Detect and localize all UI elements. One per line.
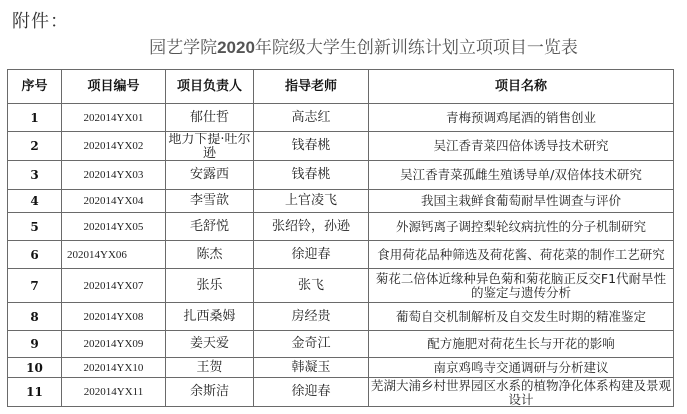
cell-code: 202014YX06: [62, 241, 166, 269]
cell-index: 3: [8, 161, 62, 190]
cell-index: 7: [8, 269, 62, 303]
cell-code: 202014YX01: [62, 104, 166, 132]
cell-advisor: 张飞: [254, 269, 369, 303]
page-title: 园艺学院2020年院级大学生创新训练计划立项项目一览表: [0, 33, 687, 58]
cell-index: 9: [8, 331, 62, 358]
cell-code: 202014YX10: [62, 358, 166, 378]
cell-leader: 王贺: [166, 358, 254, 378]
cell-name: 外源钙离子调控梨轮纹病抗性的分子机制研究: [369, 213, 674, 241]
cell-advisor: 徐迎春: [254, 378, 369, 407]
name-text: 芜湖大浦乡村世界园区水系的植物净化体系构建及景观设计: [371, 379, 671, 406]
cell-leader: 地力下提·吐尔逊: [166, 132, 254, 161]
table-row: 6 202014YX06 陈杰 徐迎春 食用荷花品种筛选及荷花酱、荷花菜的制作工…: [8, 241, 674, 269]
header-advisor: 指导老师: [254, 70, 369, 104]
attachment-label: 附件：: [12, 7, 69, 33]
cell-advisor: 金奇江: [254, 331, 369, 358]
cell-advisor: 韩凝玉: [254, 358, 369, 378]
table-row: 9 202014YX09 姜天爱 金奇江 配方施肥对荷花生长与开花的影响: [8, 331, 674, 358]
cell-leader: 安露西: [166, 161, 254, 190]
cell-leader: 余斯洁: [166, 378, 254, 407]
cell-index: 1: [8, 104, 62, 132]
cell-code: 202014YX03: [62, 161, 166, 190]
cell-index: 4: [8, 190, 62, 213]
table-row: 1 202014YX01 郁仕哲 高志红 青梅预调鸡尾酒的销售创业: [8, 104, 674, 132]
header-code: 项目编号: [62, 70, 166, 104]
cell-leader: 李雪歆: [166, 190, 254, 213]
cell-name: 食用荷花品种筛选及荷花酱、荷花菜的制作工艺研究: [369, 241, 674, 269]
cell-code: 202014YX07: [62, 269, 166, 303]
cell-name: 吴江香青菜孤雌生殖诱导单/双倍体技术研究: [369, 161, 674, 190]
table-row: 8 202014YX08 扎西桑姆 房经贵 葡萄自交机制解析及自交发生时期的精准…: [8, 303, 674, 331]
cell-name: 葡萄自交机制解析及自交发生时期的精准鉴定: [369, 303, 674, 331]
cell-leader: 毛舒悦: [166, 213, 254, 241]
table-row: 4 202014YX04 李雪歆 上官凌飞 我国主栽鲜食葡萄耐旱性调查与评价: [8, 190, 674, 213]
table-row: 3 202014YX03 安露西 钱春桃 吴江香青菜孤雌生殖诱导单/双倍体技术研…: [8, 161, 674, 190]
title-year: 2020: [217, 38, 255, 57]
cell-name: 青梅预调鸡尾酒的销售创业: [369, 104, 674, 132]
cell-index: 10: [8, 358, 62, 378]
table-row: 7 202014YX07 张乐 张飞 菊花二倍体近缘种异色菊和菊花脑正反交F1代…: [8, 269, 674, 303]
cell-advisor: 钱春桃: [254, 132, 369, 161]
cell-name: 吴江香青菜四倍体诱导技术研究: [369, 132, 674, 161]
cell-name: 配方施肥对荷花生长与开花的影响: [369, 331, 674, 358]
cell-code: 202014YX04: [62, 190, 166, 213]
table-header-row: 序号 项目编号 项目负责人 指导老师 项目名称: [8, 70, 674, 104]
cell-advisor: 张绍铃，孙逊: [254, 213, 369, 241]
cell-leader: 郁仕哲: [166, 104, 254, 132]
cell-index: 2: [8, 132, 62, 161]
cell-advisor: 徐迎春: [254, 241, 369, 269]
cell-name: 南京鸡鸣寺交通调研与分析建议: [369, 358, 674, 378]
cell-index: 6: [8, 241, 62, 269]
cell-leader: 张乐: [166, 269, 254, 303]
cell-advisor: 高志红: [254, 104, 369, 132]
table-row: 10 202014YX10 王贺 韩凝玉 南京鸡鸣寺交通调研与分析建议: [8, 358, 674, 378]
project-table: 序号 项目编号 项目负责人 指导老师 项目名称 1 202014YX01 郁仕哲…: [7, 69, 674, 407]
cell-advisor: 房经贵: [254, 303, 369, 331]
header-index: 序号: [8, 70, 62, 104]
leader-text: 地力下提·吐尔逊: [168, 133, 251, 160]
cell-code: 202014YX02: [62, 132, 166, 161]
cell-code: 202014YX11: [62, 378, 166, 407]
table-row: 11 202014YX11 余斯洁 徐迎春 芜湖大浦乡村世界园区水系的植物净化体…: [8, 378, 674, 407]
cell-name: 菊花二倍体近缘种异色菊和菊花脑正反交F1代耐旱性的鉴定与遗传分析: [369, 269, 674, 303]
title-suffix: 年院级大学生创新训练计划立项项目一览表: [255, 38, 578, 58]
cell-leader: 姜天爱: [166, 331, 254, 358]
cell-code: 202014YX05: [62, 213, 166, 241]
cell-index: 11: [8, 378, 62, 407]
cell-code: 202014YX09: [62, 331, 166, 358]
table-row: 2 202014YX02 地力下提·吐尔逊 钱春桃 吴江香青菜四倍体诱导技术研究: [8, 132, 674, 161]
cell-index: 8: [8, 303, 62, 331]
cell-leader: 陈杰: [166, 241, 254, 269]
title-prefix: 园艺学院: [149, 38, 217, 58]
table-row: 5 202014YX05 毛舒悦 张绍铃，孙逊 外源钙离子调控梨轮纹病抗性的分子…: [8, 213, 674, 241]
cell-name: 我国主栽鲜食葡萄耐旱性调查与评价: [369, 190, 674, 213]
cell-code: 202014YX08: [62, 303, 166, 331]
header-name: 项目名称: [369, 70, 674, 104]
header-leader: 项目负责人: [166, 70, 254, 104]
cell-index: 5: [8, 213, 62, 241]
cell-advisor: 钱春桃: [254, 161, 369, 190]
cell-name: 芜湖大浦乡村世界园区水系的植物净化体系构建及景观设计: [369, 378, 674, 407]
cell-advisor: 上官凌飞: [254, 190, 369, 213]
cell-leader: 扎西桑姆: [166, 303, 254, 331]
